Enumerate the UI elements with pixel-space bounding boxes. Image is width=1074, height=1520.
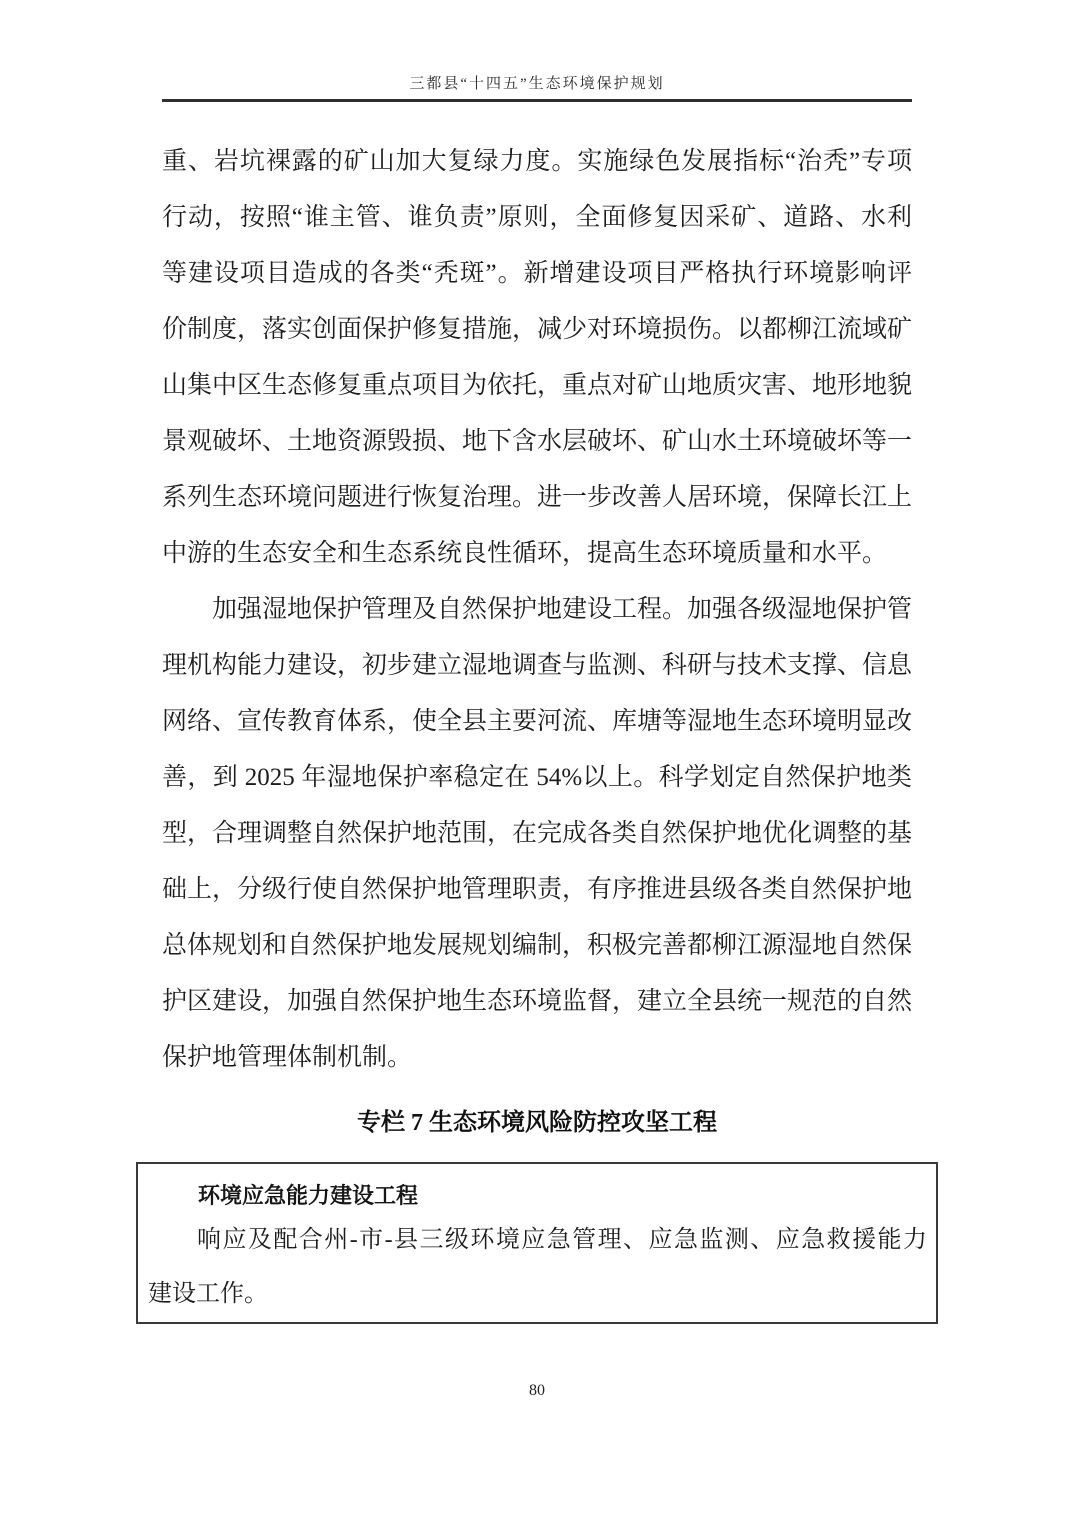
body-line: 网络、宣传教育体系，使全县主要河流、库塘等湿地生态环境明显改 xyxy=(162,694,912,750)
body-line: 中游的生态安全和生态系统良性循环，提高生态环境质量和水平。 xyxy=(162,526,912,582)
panel-box-title: 环境应急能力建设工程 xyxy=(198,1180,418,1212)
body-line: 行动，按照“谁主管、谁负责”原则，全面修复因采矿、道路、水利 xyxy=(162,190,912,246)
body-line: 等建设项目造成的各类“秃斑”。新增建设项目严格执行环境影响评 xyxy=(162,246,912,302)
document-page: 三都县“十四五”生态环境保护规划 重、岩坑裸露的矿山加大复绿力度。实施绿色发展指… xyxy=(0,0,1074,1520)
body-line: 重、岩坑裸露的矿山加大复绿力度。实施绿色发展指标“治秃”专项 xyxy=(162,134,912,190)
body-line: 善，到 2025 年湿地保护率稳定在 54%以上。科学划定自然保护地类 xyxy=(162,750,912,806)
body-line: 价制度，落实创面保护修复措施，减少对环境损伤。以都柳江流域矿 xyxy=(162,302,912,358)
body-line: 保护地管理体制机制。 xyxy=(162,1030,912,1086)
panel-heading: 专栏 7 生态环境风险防控攻坚工程 xyxy=(0,1103,1074,1143)
body-line: 总体规划和自然保护地发展规划编制，积极完善都柳江源湿地自然保 xyxy=(162,918,912,974)
body-text: 重、岩坑裸露的矿山加大复绿力度。实施绿色发展指标“治秃”专项 行动，按照“谁主管… xyxy=(162,134,912,1086)
body-line: 护区建设，加强自然保护地生态环境监督，建立全县统一规范的自然 xyxy=(162,974,912,1030)
body-line: 系列生态环境问题进行恢复治理。进一步改善人居环境，保障长江上 xyxy=(162,470,912,526)
page-header-title: 三都县“十四五”生态环境保护规划 xyxy=(162,72,912,93)
panel-box: 环境应急能力建设工程 响应及配合州-市-县三级环境应急管理、应急监测、应急救援能… xyxy=(136,1162,938,1324)
panel-box-line: 响应及配合州-市-县三级环境应急管理、应急监测、应急救援能力 xyxy=(197,1222,927,1258)
body-line: 型，合理调整自然保护地范围，在完成各类自然保护地优化调整的基 xyxy=(162,806,912,862)
body-line: 景观破坏、土地资源毁损、地下含水层破坏、矿山水土环境破坏等一 xyxy=(162,414,912,470)
page-number: 80 xyxy=(0,1382,1074,1400)
header-rule xyxy=(162,99,912,102)
body-line: 础上，分级行使自然保护地管理职责，有序推进县级各类自然保护地 xyxy=(162,862,912,918)
body-line: 理机构能力建设，初步建立湿地调查与监测、科研与技术支撑、信息 xyxy=(162,638,912,694)
body-line: 加强湿地保护管理及自然保护地建设工程。加强各级湿地保护管 xyxy=(162,582,912,638)
body-line: 山集中区生态修复重点项目为依托，重点对矿山地质灾害、地形地貌 xyxy=(162,358,912,414)
panel-box-line: 建设工作。 xyxy=(148,1276,268,1312)
